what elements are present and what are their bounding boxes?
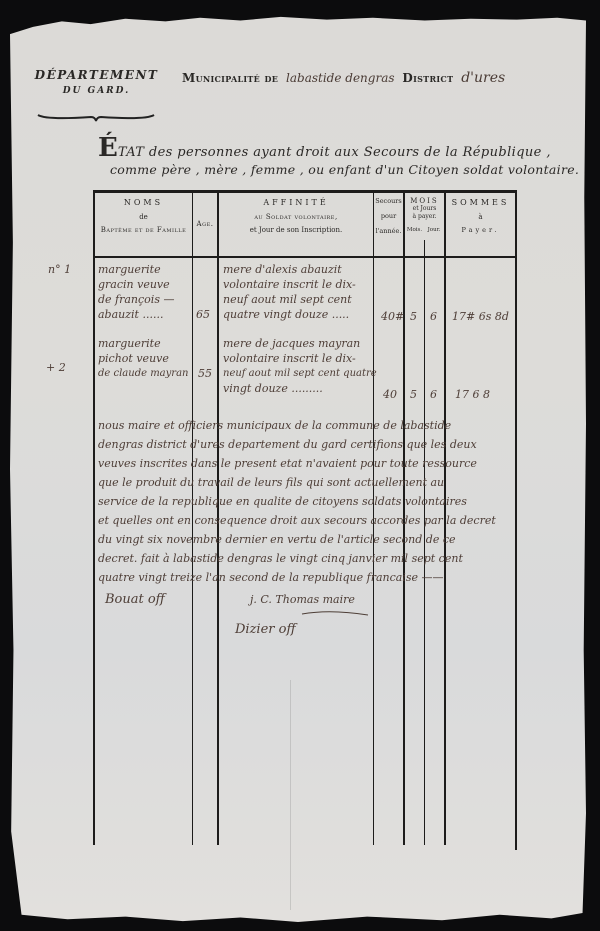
col-border-right: [515, 190, 517, 850]
signature-dizier: Dizier off: [235, 622, 296, 637]
header-jour-sub: Jour.: [424, 227, 444, 234]
header-secours: Secours pour l'année.: [374, 198, 403, 235]
department-label: DÉPARTEMENT: [34, 68, 159, 82]
municipality-value: labastide dengras: [286, 71, 395, 85]
district-label: District: [402, 71, 453, 85]
row2-jours: 6: [430, 388, 437, 401]
row1-secours: 40#: [381, 310, 404, 323]
signature-bouat: Bouat off: [105, 592, 165, 607]
row1-margin-mark: n° 1: [48, 262, 71, 277]
row1-mois: 5: [410, 310, 417, 323]
district-value: d'ures: [461, 70, 505, 86]
row2-secours: 40: [383, 388, 397, 401]
row2-mois: 5: [410, 388, 417, 401]
form-title: ÉTAT des personnes ayant droit aux Secou…: [98, 133, 551, 163]
form-subtitle: comme père , mère , femme , ou enfant d'…: [110, 162, 579, 177]
row2-sommes: 17 6 8: [455, 388, 490, 401]
signature-flourish-icon: [300, 608, 370, 618]
row1-age: 65: [196, 308, 210, 321]
header-sommes: SOMMES à Payer.: [446, 198, 515, 235]
department-block: DÉPARTEMENT DU GARD.: [34, 68, 159, 96]
table-top-border: [93, 190, 516, 193]
municipality-line: Municipalité de labastide dengras Distri…: [182, 70, 505, 86]
department-value: DU GARD.: [34, 86, 159, 96]
header-affinite: AFFINITÉ au Soldat volontaire, et Jour d…: [219, 198, 373, 234]
municipality-label: Municipalité de: [182, 71, 278, 85]
row2-margin-mark: + 2: [46, 360, 66, 375]
row2-age: 55: [198, 367, 212, 380]
brace-icon: [36, 112, 156, 122]
col-border-left: [93, 190, 95, 845]
signature-thomas: j. C. Thomas maire: [250, 592, 355, 607]
header-age: Age.: [193, 220, 217, 228]
row1-jours: 6: [430, 310, 437, 323]
header-mois-jours: MOIS et Jours à payer. Mois. Jour.: [405, 197, 444, 233]
title-line1: TAT des personnes ayant droit aux Secour…: [118, 145, 551, 160]
title-initial: É: [98, 133, 118, 163]
header-noms: NOMS de Baptême et de Famille: [95, 198, 192, 234]
header-mois-sub: Mois.: [405, 227, 424, 234]
row1-sommes: 17# 6s 8d: [452, 310, 509, 323]
header-bottom-border: [93, 256, 516, 258]
paper-fold: [290, 680, 291, 910]
